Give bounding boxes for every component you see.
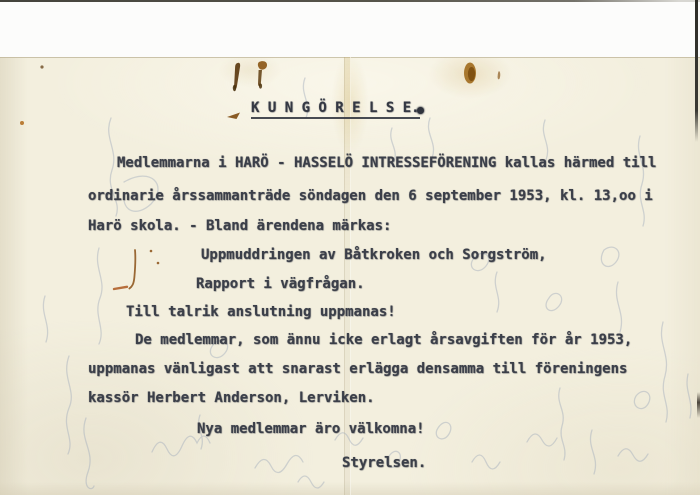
- doc-line-2: ordinarie årssammanträde söndagen den 6 …: [88, 188, 653, 204]
- doc-line-3: Harö skola. - Bland ärendena märkas:: [88, 218, 391, 234]
- ink-blot: [417, 107, 424, 114]
- typewritten-text: K U N G Ö R E L S E. Medlemmarna i HARÖ …: [0, 0, 700, 495]
- doc-line-5: Rapport i vägfrågan.: [196, 276, 365, 292]
- doc-line-6: Till talrik anslutning uppmanas!: [126, 304, 396, 320]
- doc-line-8: uppmanas vänligast att snarast erlägga d…: [88, 361, 627, 377]
- doc-line-1: Medlemmarna i HARÖ - HASSELÖ INTRESSEFÖR…: [117, 155, 656, 171]
- photo-top-edge: [0, 0, 700, 2]
- doc-line-7: De medlemmar, som ännu icke erlagt årsav…: [135, 332, 632, 348]
- photo-right-edge: [695, 0, 698, 142]
- doc-line-4: Uppmuddringen av Båtkroken och Sorgström…: [201, 247, 547, 263]
- document-title: K U N G Ö R E L S E.: [251, 100, 420, 119]
- doc-line-11: Styrelsen.: [342, 455, 426, 471]
- doc-line-10: Nya medlemmar äro välkomna!: [197, 421, 425, 437]
- scanned-document-photo: K U N G Ö R E L S E. Medlemmarna i HARÖ …: [0, 0, 700, 495]
- doc-line-9: kassör Herbert Anderson, Lerviken.: [88, 390, 375, 406]
